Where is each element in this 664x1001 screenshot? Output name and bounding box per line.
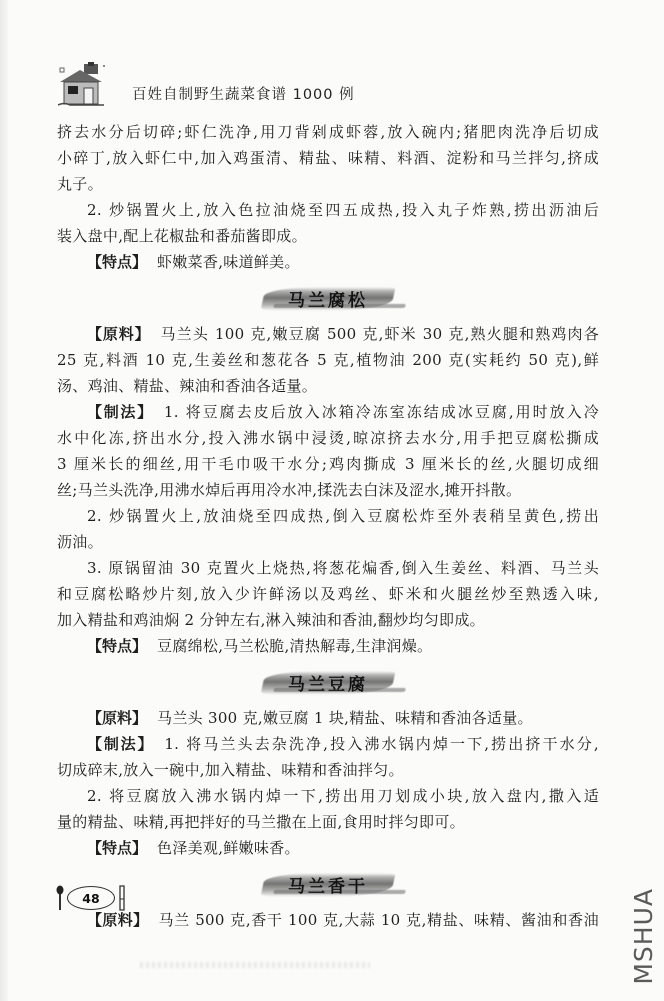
spoon-icon xyxy=(56,885,64,911)
text-span: 1. 将马兰头去杂洗净,投入沸水锅内焯一下,捞出挤干水分, xyxy=(164,735,599,753)
page-body: 挤去水分后切碎;虾仁洗净,用刀背剁成虾蓉,放入碗内;猪肥肉洗净后切成 小碎丁,放… xyxy=(57,119,599,933)
print-bleed-through xyxy=(140,962,370,968)
ingredients-line: 【原料】马兰 500 克,香干 100 克,大蒜 10 克,精盐、味精、酱油和香… xyxy=(57,907,599,933)
feature-line: 【特点】色泽美观,鲜嫩味香。 xyxy=(57,835,599,861)
text-line: 丸子。 xyxy=(57,171,599,197)
text-span: 马兰头 300 克,嫩豆腐 1 块,精盐、味精和香油各适量。 xyxy=(157,709,533,727)
text-line: 切成碎末,放入一碗中,加入精盐、味精和香油拌匀。 xyxy=(57,757,599,783)
ingredients-label: 【原料】 xyxy=(87,325,150,343)
text-line: 丝;马兰头洗净,用沸水焯后再用冷水冲,揉洗去白沫及涩水,摊开抖散。 xyxy=(57,477,599,503)
running-title: 百姓自制野生蔬菜食谱 1000 例 xyxy=(132,83,355,104)
text-line: 小碎丁,放入虾仁中,加入鸡蛋清、精盐、味精、料酒、淀粉和马兰拌匀,挤成 xyxy=(57,145,599,171)
watermark: MSHUA xyxy=(629,888,658,985)
feature-line: 【特点】豆腐绵松,马兰松脆,清热解毒,生津润燥。 xyxy=(57,633,599,659)
feature-text: 色泽美观,鲜嫩味香。 xyxy=(157,839,300,857)
ingredients-label: 【原料】 xyxy=(87,709,147,727)
text-line: 装入盘中,配上花椒盐和番茄酱即成。 xyxy=(57,223,599,249)
method-line: 【制法】1. 将豆腐去皮后放入冰箱冷冻室冻结成冰豆腐,用时放入冷 xyxy=(57,399,599,425)
text-line: 量的精盐、味精,再把拌好的马兰撒在上面,食用时拌匀即可。 xyxy=(57,809,599,835)
method-line: 【制法】1. 将马兰头去杂洗净,投入沸水锅内焯一下,捞出挤干水分, xyxy=(57,731,599,757)
feature-label: 【特点】 xyxy=(87,839,147,857)
knife-icon xyxy=(118,885,126,911)
method-label: 【制法】 xyxy=(87,735,154,753)
text-line: 2. 炒锅置火上,放入色拉油烧至四五成热,投入丸子炸熟,捞出沥油后 xyxy=(57,197,599,223)
feature-label: 【特点】 xyxy=(87,637,147,655)
ingredients-label: 【原料】 xyxy=(87,911,148,929)
ingredients-line: 【原料】马兰头 100 克,嫩豆腐 500 克,虾米 30 克,熟火腿和熟鸡肉各 xyxy=(57,321,599,347)
continued-recipe: 挤去水分后切碎;虾仁洗净,用刀背剁成虾蓉,放入碗内;猪肥肉洗净后切成 小碎丁,放… xyxy=(57,119,599,275)
text-line: 和豆腐松略炒片刻,放入少许鲜汤以及鸡丝、虾米和火腿丝炒至熟透入味, xyxy=(57,581,599,607)
page-edge-shadow xyxy=(0,0,8,1001)
method-label: 【制法】 xyxy=(87,403,154,421)
feature-label: 【特点】 xyxy=(87,253,147,271)
page-number: 48 xyxy=(82,891,99,906)
plate-icon: 48 xyxy=(67,886,115,910)
text-line: 25 克,料酒 10 克,生姜丝和葱花各 5 克,植物油 200 克(实耗约 5… xyxy=(57,347,599,373)
text-line: 汤、鸡油、精盐、辣油和香油各适量。 xyxy=(57,373,599,399)
recipe-malan-xianggan: 马兰香干 【原料】马兰 500 克,香干 100 克,大蒜 10 克,精盐、味精… xyxy=(57,861,599,933)
running-header: 百姓自制野生蔬菜食谱 1000 例 xyxy=(58,62,478,108)
page-number-badge: 48 xyxy=(56,885,126,911)
text-line: 挤去水分后切碎;虾仁洗净,用刀背剁成虾蓉,放入碗内;猪肥肉洗净后切成 xyxy=(57,119,599,145)
text-line: 3 厘米长的细丝,用干毛巾吸干水分;鸡肉撕成 3 厘米长的丝,火腿切成细 xyxy=(57,451,599,477)
text-line: 加入精盐和鸡油焖 2 分钟左右,淋入辣油和香油,翻炒均匀即成。 xyxy=(57,607,599,633)
recipe-title-text: 马兰豆腐 xyxy=(288,670,368,695)
feature-text: 虾嫩菜香,味道鲜美。 xyxy=(157,253,300,271)
text-line: 2. 炒锅置火上,放油烧至四成热,倒入豆腐松炸至外表稍呈黄色,捞出 xyxy=(57,503,599,529)
recipe-malan-doufu: 马兰豆腐 【原料】马兰头 300 克,嫩豆腐 1 块,精盐、味精和香油各适量。 … xyxy=(57,659,599,861)
text-line: 沥油。 xyxy=(57,529,599,555)
house-icon xyxy=(58,62,110,108)
recipe-title-text: 马兰香干 xyxy=(288,872,368,897)
recipe-title: 马兰豆腐 xyxy=(57,659,599,705)
recipe-title: 马兰香干 xyxy=(57,861,599,907)
text-line: 水中化冻,挤出水分,投入沸水锅中浸烫,晾凉挤去水分,用手把豆腐松撕成 xyxy=(57,425,599,451)
text-line: 3. 原锅留油 30 克置火上烧热,将葱花煸香,倒入生姜丝、料酒、马兰头 xyxy=(57,555,599,581)
feature-line: 【特点】虾嫩菜香,味道鲜美。 xyxy=(57,249,599,275)
text-span: 1. 将豆腐去皮后放入冰箱冷冻室冻结成冰豆腐,用时放入冷 xyxy=(164,403,599,421)
ingredients-line: 【原料】马兰头 300 克,嫩豆腐 1 块,精盐、味精和香油各适量。 xyxy=(57,705,599,731)
text-span: 马兰头 100 克,嫩豆腐 500 克,虾米 30 克,熟火腿和熟鸡肉各 xyxy=(160,325,599,343)
recipe-title-text: 马兰腐松 xyxy=(288,286,368,311)
feature-text: 豆腐绵松,马兰松脆,清热解毒,生津润燥。 xyxy=(157,637,432,655)
recipe-title: 马兰腐松 xyxy=(57,275,599,321)
recipe-malan-fusong: 马兰腐松 【原料】马兰头 100 克,嫩豆腐 500 克,虾米 30 克,熟火腿… xyxy=(57,275,599,659)
text-span: 马兰 500 克,香干 100 克,大蒜 10 克,精盐、味精、酱油和香油 xyxy=(158,911,599,929)
text-line: 2. 将豆腐放入沸水锅内焯一下,捞出用刀划成小块,放入盘内,撒入适 xyxy=(57,783,599,809)
